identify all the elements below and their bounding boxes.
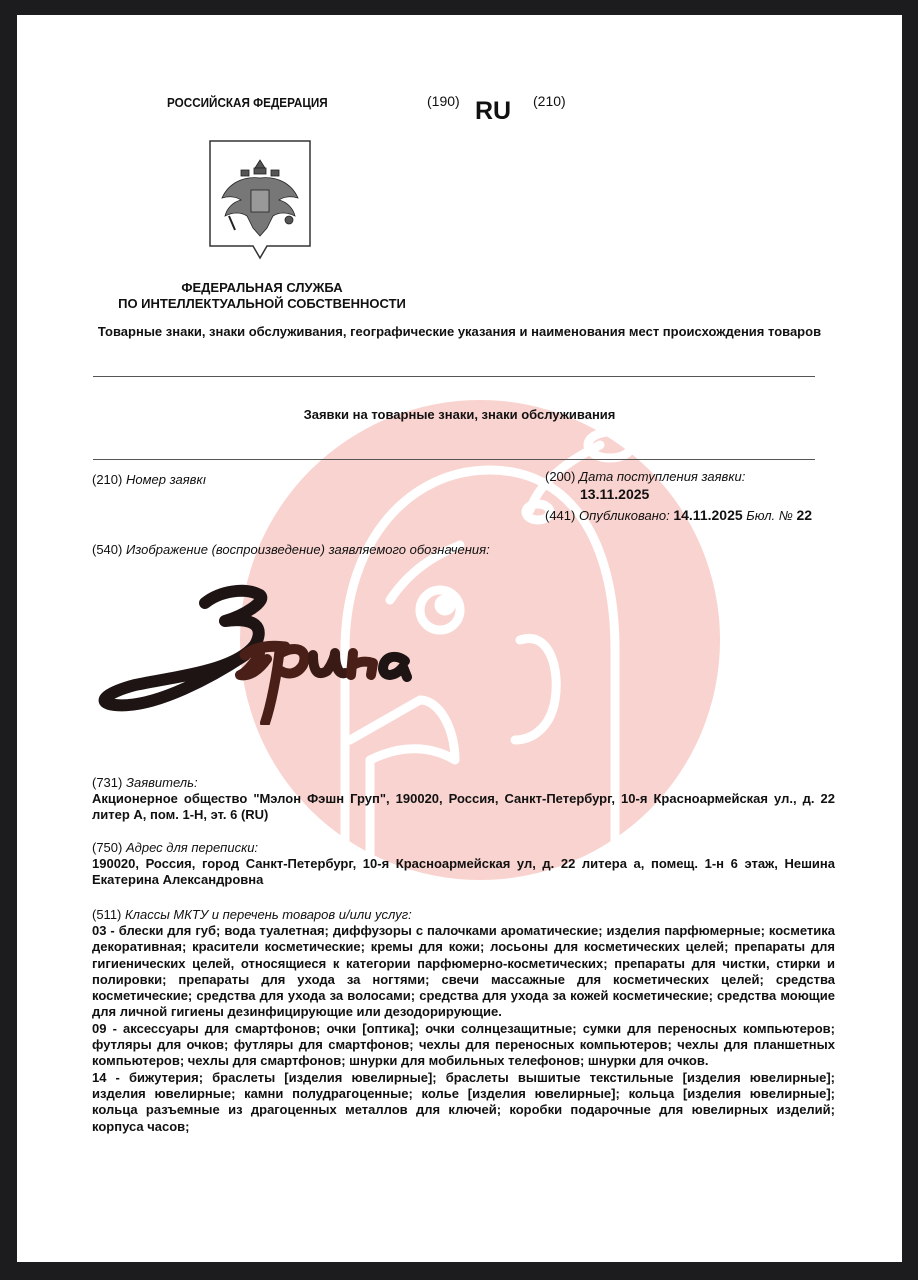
applicant-label: (731) Заявитель:: [92, 775, 198, 790]
filing-date-label: (200) Дата поступления заявки:: [545, 469, 745, 484]
code-210-header: (210): [533, 93, 566, 109]
agency-name: ФЕДЕРАЛЬНАЯ СЛУЖБА ПО ИНТЕЛЛЕКТУАЛЬНОЙ С…: [17, 280, 507, 312]
class-09: 09 - аксессуары для смартфонов; очки [оп…: [92, 1021, 835, 1070]
document-subtitle: Товарные знаки, знаки обслуживания, геог…: [17, 324, 902, 339]
published-date: 14.11.2025: [673, 507, 742, 523]
document-page: РОССИЙСКАЯ ФЕДЕРАЦИЯ (190) RU (210) ФЕДЕ…: [17, 15, 902, 1262]
applicant-value: Акционерное общество "Мэлон Фэшн Груп", …: [92, 791, 835, 824]
code-190: (190): [427, 93, 460, 109]
bulletin-number: 22: [796, 507, 812, 523]
agency-line-1: ФЕДЕРАЛЬНАЯ СЛУЖБА: [17, 280, 507, 296]
class-14: 14 - бижутерия; браслеты [изделия ювелир…: [92, 1070, 835, 1135]
correspondence-value: 190020, Россия, город Санкт-Петербург, 1…: [92, 856, 835, 889]
filing-date-value: 13.11.2025: [580, 486, 649, 502]
divider-top: [93, 376, 815, 377]
application-number-label: (210) Номер заявкı: [92, 472, 214, 487]
section-title: Заявки на товарные знаки, знаки обслужив…: [17, 407, 902, 422]
published-label: (441) Опубликовано: 14.11.2025 Бюл. № 22: [545, 507, 812, 523]
classes-label: (511) Классы МКТУ и перечень товаров и/и…: [92, 907, 412, 922]
classes-list: 03 - блески для губ; вода туалетная; диф…: [92, 923, 835, 1135]
russian-coat-of-arms-icon: [207, 138, 313, 264]
class-03: 03 - блески для губ; вода туалетная; диф…: [92, 923, 835, 1021]
country-code: RU: [475, 97, 511, 126]
correspondence-label: (750) Адрес для переписки:: [92, 840, 258, 855]
trademark-logo: [95, 575, 435, 725]
country-name: РОССИЙСКАЯ ФЕДЕРАЦИЯ: [167, 95, 328, 110]
agency-line-2: ПО ИНТЕЛЛЕКТУАЛЬНОЙ СОБСТВЕННОСТИ: [17, 296, 507, 312]
divider-bottom: [93, 459, 815, 460]
image-label: (540) Изображение (воспроизведение) заяв…: [92, 542, 490, 557]
